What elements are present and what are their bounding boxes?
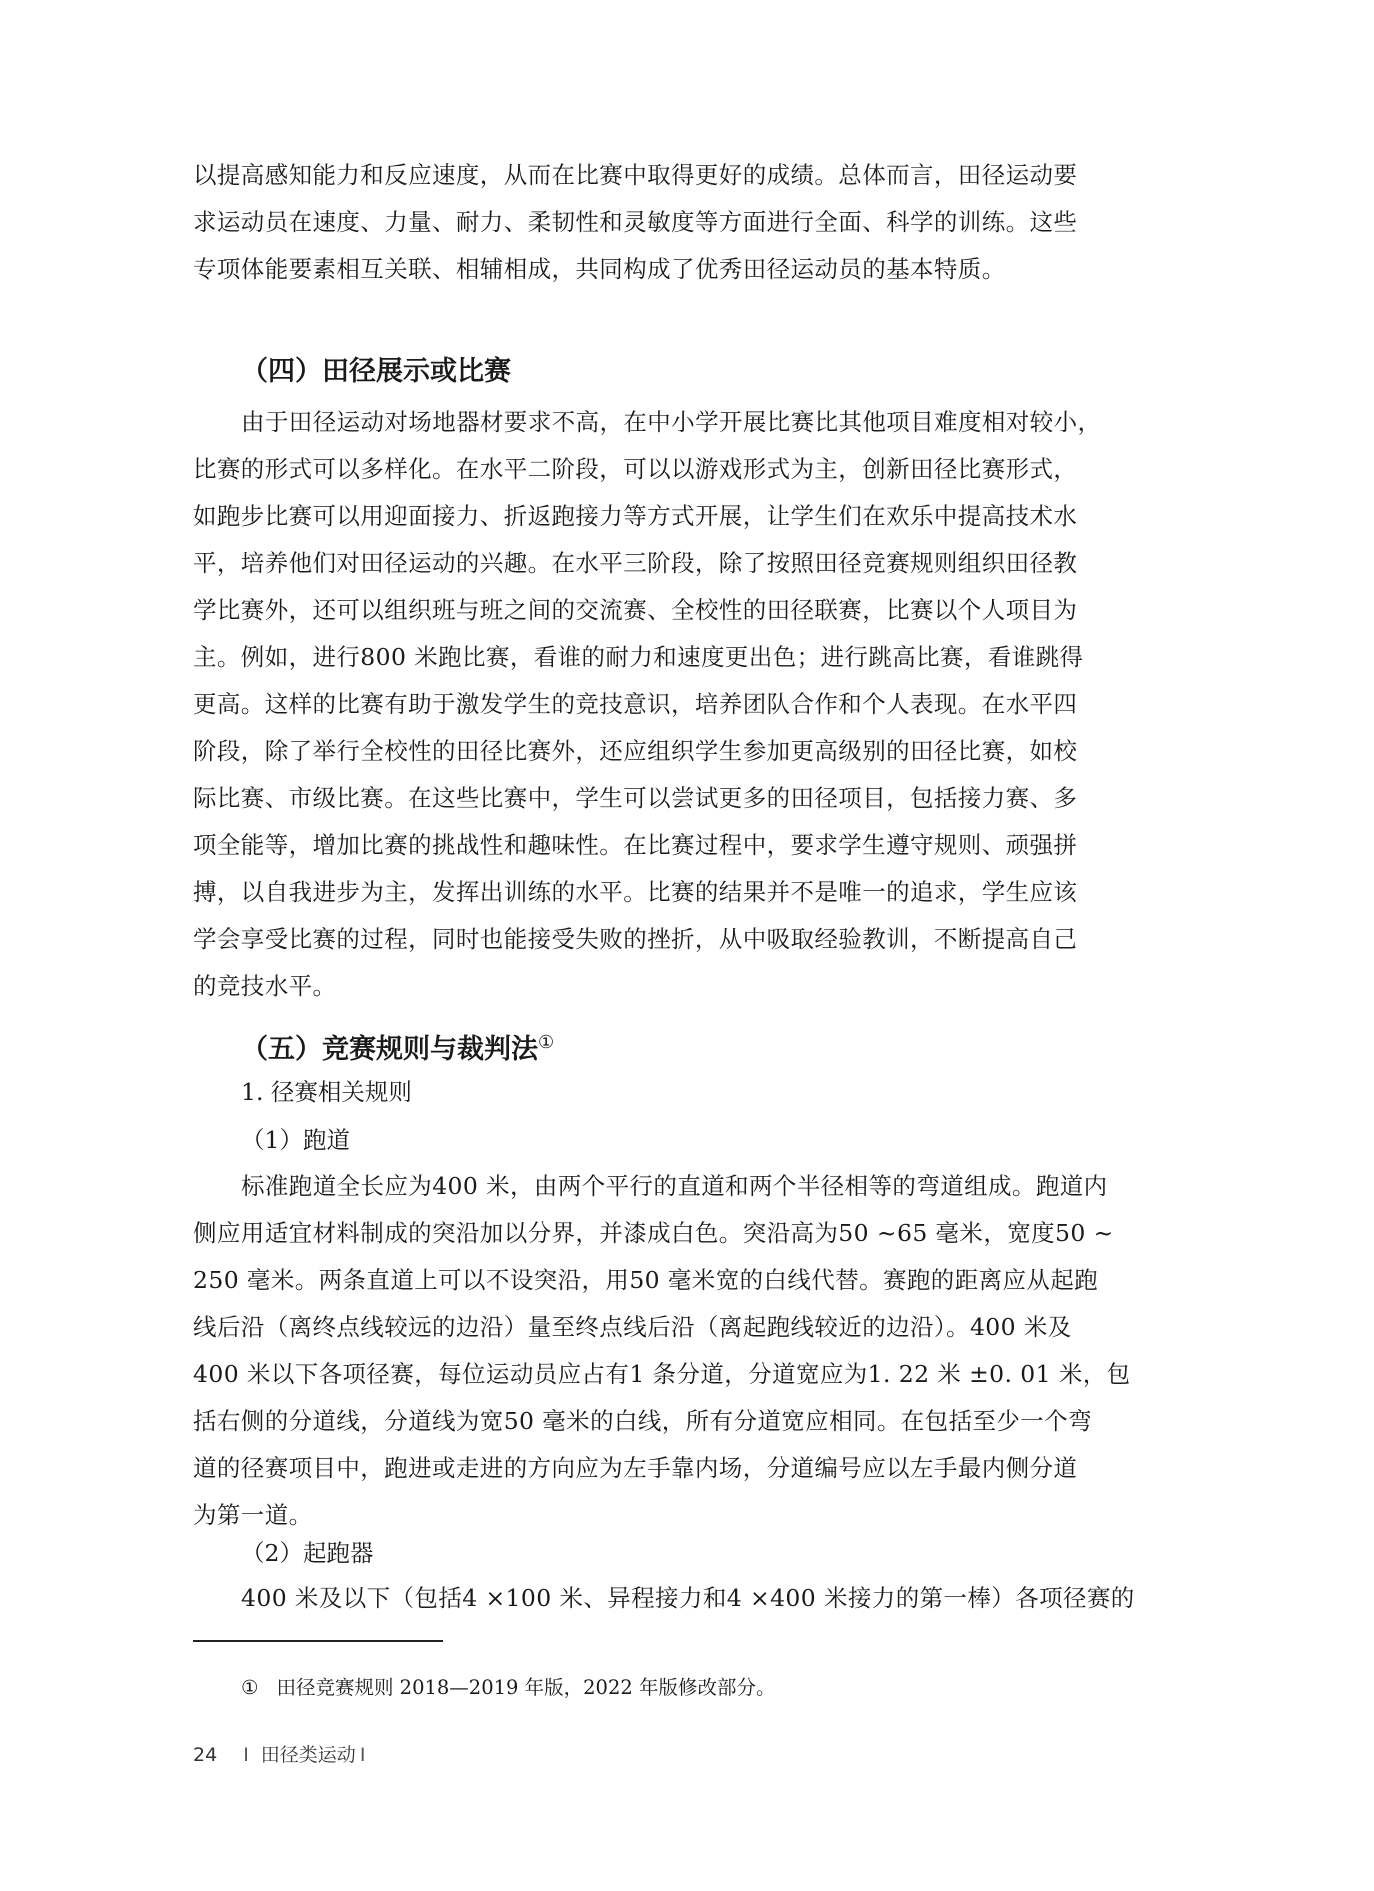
text-line: 如跑步比赛可以用迎面接力、折返跑接力等方式开展，让学生们在欢乐中提高技术水 xyxy=(193,493,1180,540)
text-line: 400 米以下各项径赛，每位运动员应占有1 条分道，分道宽应为1. 22 米 ±… xyxy=(193,1351,1180,1398)
footnote-text: 田径竞赛规则 2018—2019 年版，2022 年版修改部分。 xyxy=(276,1676,775,1699)
footnote-ref[interactable]: ① xyxy=(538,1032,554,1053)
text-line: 项全能等，增加比赛的挑战性和趣味性。在比赛过程中，要求学生遵守规则、顽强拼 xyxy=(193,822,1180,869)
section-4-paragraph: 由于田径运动对场地器材要求不高，在中小学开展比赛比其他项目难度相对较小， 比赛的… xyxy=(193,399,1180,1010)
text-line: 400 米及以下（包括4 ×100 米、异程接力和4 ×400 米接力的第一棒）… xyxy=(193,1575,1180,1622)
intro-paragraph: 以提高感知能力和反应速度，从而在比赛中取得更好的成绩。总体而言，田径运动要 求运… xyxy=(193,152,1180,293)
text-line: 线后沿（离终点线较远的边沿）量至终点线后沿（离起跑线较近的边沿）。400 米及 xyxy=(193,1304,1180,1351)
text-line: 专项体能要素相互关联、相辅相成，共同构成了优秀田径运动员的基本特质。 xyxy=(193,246,1180,293)
footer-separator: I xyxy=(243,1744,249,1766)
book-title: 田径类运动 xyxy=(261,1744,356,1766)
footer-separator-end: I xyxy=(360,1744,366,1766)
text-line: 由于田径运动对场地器材要求不高，在中小学开展比赛比其他项目难度相对较小， xyxy=(193,399,1180,446)
subheading-starting-blocks: （2）起跑器 xyxy=(241,1533,373,1573)
page-footer: 24I田径类运动I xyxy=(193,1740,365,1767)
text-line: 际比赛、市级比赛。在这些比赛中，学生可以尝试更多的田径项目，包括接力赛、多 xyxy=(193,775,1180,822)
text-line: 阶段，除了举行全校性的田径比赛外，还应组织学生参加更高级别的田径比赛，如校 xyxy=(193,728,1180,775)
text-line: 道的径赛项目中，跑进或走进的方向应为左手靠内场，分道编号应以左手最内侧分道 xyxy=(193,1445,1180,1492)
text-line: 主。例如，进行800 米跑比赛，看谁的耐力和速度更出色；进行跳高比赛，看谁跳得 xyxy=(193,634,1180,681)
text-line: 学会享受比赛的过程，同时也能接受失败的挫折，从中吸取经验教训，不断提高自己 xyxy=(193,916,1180,963)
subheading-track: （1）跑道 xyxy=(241,1120,350,1160)
footnote: ①田径竞赛规则 2018—2019 年版，2022 年版修改部分。 xyxy=(241,1673,775,1703)
subheading-track-rules: 1. 径赛相关规则 xyxy=(241,1072,412,1112)
section-heading-4: （四）田径展示或比赛 xyxy=(241,352,511,392)
text-line: 以提高感知能力和反应速度，从而在比赛中取得更好的成绩。总体而言，田径运动要 xyxy=(193,152,1180,199)
text-line: 求运动员在速度、力量、耐力、柔韧性和灵敏度等方面进行全面、科学的训练。这些 xyxy=(193,199,1180,246)
text-line: 为第一道。 xyxy=(193,1492,1180,1539)
text-line: 更高。这样的比赛有助于激发学生的竞技意识，培养团队合作和个人表现。在水平四 xyxy=(193,681,1180,728)
text-line: 比赛的形式可以多样化。在水平二阶段，可以以游戏形式为主，创新田径比赛形式， xyxy=(193,446,1180,493)
footnote-mark: ① xyxy=(241,1676,258,1699)
text-line: 搏，以自我进步为主，发挥出训练的水平。比赛的结果并不是唯一的追求，学生应该 xyxy=(193,869,1180,916)
text-line: 250 毫米。两条直道上可以不设突沿，用50 毫米宽的白线代替。赛跑的距离应从起… xyxy=(193,1257,1180,1304)
text-line: 平，培养他们对田径运动的兴趣。在水平三阶段，除了按照田径竞赛规则组织田径教 xyxy=(193,540,1180,587)
starter-paragraph: 400 米及以下（包括4 ×100 米、异程接力和4 ×400 米接力的第一棒）… xyxy=(193,1575,1180,1622)
section-heading-5: （五）竞赛规则与裁判法① xyxy=(241,1023,554,1070)
text-line: 标准跑道全长应为400 米，由两个平行的直道和两个半径相等的弯道组成。跑道内 xyxy=(193,1163,1180,1210)
text-line: 侧应用适宜材料制成的突沿加以分界，并漆成白色。突沿高为50 ~65 毫米，宽度5… xyxy=(193,1210,1180,1257)
track-paragraph: 标准跑道全长应为400 米，由两个平行的直道和两个半径相等的弯道组成。跑道内 侧… xyxy=(193,1163,1180,1539)
heading-text: （五）竞赛规则与裁判法 xyxy=(241,1034,538,1065)
page-number: 24 xyxy=(193,1744,217,1766)
footnote-divider xyxy=(193,1640,443,1642)
text-line: 学比赛外，还可以组织班与班之间的交流赛、全校性的田径联赛，比赛以个人项目为 xyxy=(193,587,1180,634)
text-line: 括右侧的分道线，分道线为宽50 毫米的白线，所有分道宽应相同。在包括至少一个弯 xyxy=(193,1398,1180,1445)
text-line: 的竞技水平。 xyxy=(193,963,1180,1010)
